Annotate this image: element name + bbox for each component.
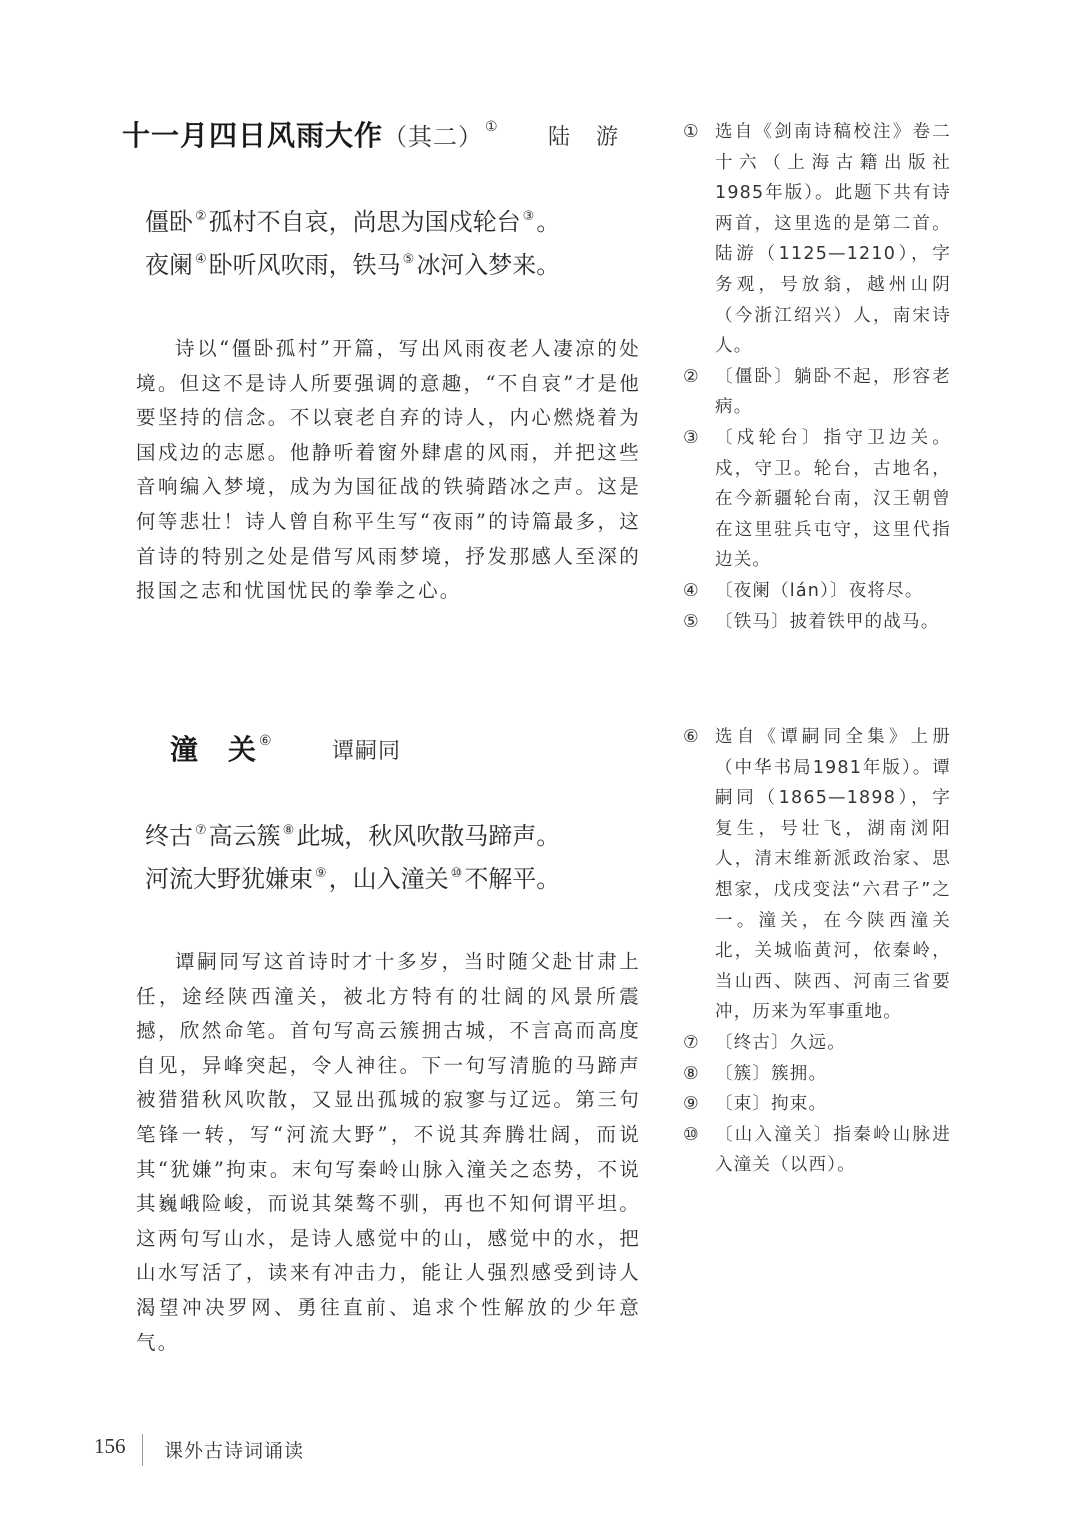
footnote-number: ⑥ xyxy=(683,722,715,1028)
verse-text: 终古 xyxy=(145,822,193,850)
poem-2-footnotes: ⑥选自《谭嗣同全集》上册（中华书局1981年版）。谭嗣同（1865—1898），… xyxy=(683,722,951,1181)
footnote-6: ⑥选自《谭嗣同全集》上册（中华书局1981年版）。谭嗣同（1865—1898），… xyxy=(683,722,951,1028)
footnote-number: ④ xyxy=(683,576,715,607)
verse-text: 卧听风吹雨，铁马 xyxy=(209,251,401,279)
verse-text: 高云簇 xyxy=(209,822,281,850)
poem-1-footnotes: ①选自《剑南诗稿校注》卷二十六（上海古籍出版社1985年版）。此题下共有诗两首，… xyxy=(683,117,951,637)
footnote-number: ③ xyxy=(683,423,715,576)
poem-2-title: 潼 关⑥ xyxy=(170,728,273,768)
verse-text: 此城，秋风吹散马蹄声。 xyxy=(296,822,560,850)
footer-divider xyxy=(142,1434,143,1466)
poem-1-author: 陆 游 xyxy=(548,120,620,151)
footnote-marker[interactable]: ⑨ xyxy=(315,866,327,881)
footnote-marker[interactable]: ② xyxy=(195,209,207,224)
footnote-4: ④〔夜阑（lán）〕夜将尽。 xyxy=(683,576,951,607)
footnote-9: ⑨〔束〕拘束。 xyxy=(683,1089,951,1120)
poem-1-title: 十一月四日风雨大作（其二）① xyxy=(122,114,499,154)
commentary-paragraph: 谭嗣同写这首诗时才十多岁，当时随父赴甘肃上任，途经陕西潼关，被北方特有的壮阔的风… xyxy=(136,945,641,1360)
poem-1-title-text: 十一月四日风雨大作 xyxy=(122,119,383,152)
verse-text: 孤村不自哀，尚思为国戍轮台 xyxy=(209,208,521,236)
footnote-marker[interactable]: ④ xyxy=(195,252,207,267)
footnote-3: ③〔戍轮台〕指守卫边关。戍，守卫。轮台，古地名，在今新疆轮台南，汉王朝曾在这里驻… xyxy=(683,423,951,576)
footnote-number: ⑤ xyxy=(683,607,715,638)
verse-text: 冰河入梦来。 xyxy=(416,251,560,279)
footnote-5: ⑤〔铁马〕披着铁甲的战马。 xyxy=(683,607,951,638)
footnote-text: 选自《剑南诗稿校注》卷二十六（上海古籍出版社1985年版）。此题下共有诗两首，这… xyxy=(715,117,951,362)
verse-text: 不解平。 xyxy=(464,865,560,893)
poem-2-line-2: 河流大野犹嫌束⑨，山入潼关⑩不解平。 xyxy=(145,855,560,898)
footnote-8: ⑧〔簇〕簇拥。 xyxy=(683,1059,951,1090)
footnote-marker[interactable]: ⑧ xyxy=(283,823,295,838)
poem-1-commentary: 诗以“僵卧孤村”开篇，写出风雨夜老人凄凉的处境。但这不是诗人所要强调的意趣，“不… xyxy=(136,332,641,609)
poem-2-author: 谭嗣同 xyxy=(332,734,401,765)
poem-2-title-text: 潼 关 xyxy=(170,733,257,766)
footnote-text: 〔束〕拘束。 xyxy=(715,1089,951,1120)
poem-2-title-footnote-marker[interactable]: ⑥ xyxy=(259,733,273,749)
footnote-text: 〔夜阑（lán）〕夜将尽。 xyxy=(715,576,951,607)
verse-text: ，山入潼关 xyxy=(329,865,449,893)
footnote-7: ⑦〔终古〕久远。 xyxy=(683,1028,951,1059)
footnote-marker[interactable]: ⑤ xyxy=(403,252,415,267)
footnote-number: ⑦ xyxy=(683,1028,715,1059)
footnote-text: 〔簇〕簇拥。 xyxy=(715,1059,951,1090)
poem-1-subtitle: （其二） xyxy=(383,123,483,151)
footnote-text: 〔山入潼关〕指秦岭山脉进入潼关（以西）。 xyxy=(715,1120,951,1181)
footnote-number: ⑧ xyxy=(683,1059,715,1090)
footnote-text: 〔铁马〕披着铁甲的战马。 xyxy=(715,607,951,638)
footnote-marker[interactable]: ⑦ xyxy=(195,823,207,838)
footnote-number: ⑨ xyxy=(683,1089,715,1120)
footnote-1: ①选自《剑南诗稿校注》卷二十六（上海古籍出版社1985年版）。此题下共有诗两首，… xyxy=(683,117,951,362)
poem-1-title-footnote-marker[interactable]: ① xyxy=(485,119,499,135)
poem-1-line-1: 僵卧②孤村不自哀，尚思为国戍轮台③。 xyxy=(145,198,560,241)
verse-text: 。 xyxy=(536,208,560,236)
footnote-marker[interactable]: ③ xyxy=(523,209,535,224)
footnote-text: 〔僵卧〕躺卧不起，形容老病。 xyxy=(715,362,951,423)
verse-text: 河流大野犹嫌束 xyxy=(145,865,313,893)
footnote-number: ① xyxy=(683,117,715,362)
page-number: 156 xyxy=(94,1434,126,1459)
footnote-2: ②〔僵卧〕躺卧不起，形容老病。 xyxy=(683,362,951,423)
footnote-10: ⑩〔山入潼关〕指秦岭山脉进入潼关（以西）。 xyxy=(683,1120,951,1181)
poem-2-verse: 终古⑦高云簇⑧此城，秋风吹散马蹄声。 河流大野犹嫌束⑨，山入潼关⑩不解平。 xyxy=(145,812,560,898)
poem-2-line-1: 终古⑦高云簇⑧此城，秋风吹散马蹄声。 xyxy=(145,812,560,855)
poem-1-line-2: 夜阑④卧听风吹雨，铁马⑤冰河入梦来。 xyxy=(145,241,560,284)
footnote-text: 〔终古〕久远。 xyxy=(715,1028,951,1059)
verse-text: 僵卧 xyxy=(145,208,193,236)
book-title: 课外古诗词诵读 xyxy=(164,1436,304,1463)
footnote-text: 〔戍轮台〕指守卫边关。戍，守卫。轮台，古地名，在今新疆轮台南，汉王朝曾在这里驻兵… xyxy=(715,423,951,576)
commentary-paragraph: 诗以“僵卧孤村”开篇，写出风雨夜老人凄凉的处境。但这不是诗人所要强调的意趣，“不… xyxy=(136,332,641,609)
poem-1-verse: 僵卧②孤村不自哀，尚思为国戍轮台③。 夜阑④卧听风吹雨，铁马⑤冰河入梦来。 xyxy=(145,198,560,284)
footnote-text: 选自《谭嗣同全集》上册（中华书局1981年版）。谭嗣同（1865—1898），字… xyxy=(715,722,951,1028)
footnote-marker[interactable]: ⑩ xyxy=(451,866,463,881)
poem-2-commentary: 谭嗣同写这首诗时才十多岁，当时随父赴甘肃上任，途经陕西潼关，被北方特有的壮阔的风… xyxy=(136,945,641,1360)
verse-text: 夜阑 xyxy=(145,251,193,279)
footnote-number: ⑩ xyxy=(683,1120,715,1181)
footnote-number: ② xyxy=(683,362,715,423)
